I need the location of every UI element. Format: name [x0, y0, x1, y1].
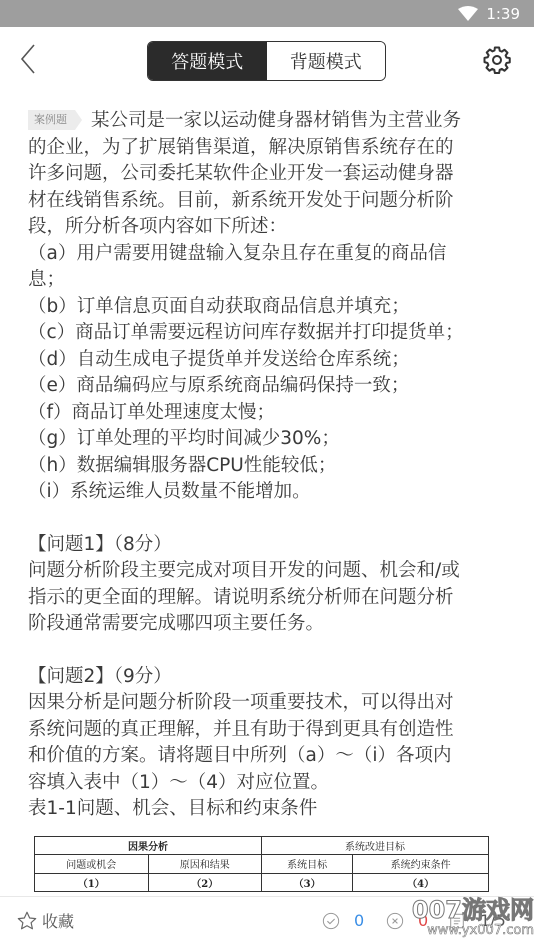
intro-line: 材在线销售系统。目前，新系统开发处于问题分析阶 [28, 188, 508, 215]
question-2-text: 和价值的方案。请将题目中所列（a）～（i）各项内 [28, 743, 508, 770]
question-2-title: 【问题2】（9分） [28, 664, 508, 691]
gear-icon [482, 45, 512, 75]
list-item: （g）订单处理的平均时间减少30%； [28, 426, 508, 453]
table-column-header: 原因和结果 [148, 855, 262, 873]
question-2-text: 容填入表中（1）～（4）对应位置。 [28, 770, 508, 797]
list-item: （h）数据编辑服务器CPU性能较低； [28, 453, 508, 480]
table-cell: （4） [353, 873, 489, 891]
check-circle-icon [322, 912, 340, 930]
intro-line: 的企业，为了扩展销售渠道，解决原销售系统存在的 [28, 135, 508, 162]
question-2-text: 系统问题的真正理解，并且有助于得到更具有创造性 [28, 717, 508, 744]
question-1-title: 【问题1】（8分） [28, 532, 508, 559]
table-column-header: 系统目标 [262, 855, 353, 873]
settings-button[interactable] [482, 45, 512, 75]
list-item: （f）商品订单处理速度太慢； [28, 400, 508, 427]
list-item: （i）系统运维人员数量不能增加。 [28, 479, 508, 506]
question-2-text: 因果分析是问题分析阶段一项重要技术，可以得出对 [28, 690, 508, 717]
list-item: （c）商品订单需要远程访问库存数据并打印提货单； [28, 320, 508, 347]
question-1-text: 指示的更全面的理解。请说明系统分析师在问题分析 [28, 585, 508, 612]
x-circle-icon [386, 912, 404, 930]
tab-answer-mode[interactable]: 答题模式 [148, 42, 267, 80]
intro-line: 段，所分析各项内容如下所述： [28, 214, 508, 241]
table-caption: 表1-1问题、机会、目标和约束条件 [28, 796, 508, 823]
list-item: （d）自动生成电子提货单并发送给仓库系统； [28, 347, 508, 374]
status-bar: 1:39 [0, 0, 534, 27]
status-time: 1:39 [486, 5, 520, 23]
table-group-header: 因果分析 [35, 837, 262, 855]
question-progress-button[interactable]: 1/5 [448, 911, 506, 930]
table-column-header: 系统约束条件 [353, 855, 489, 873]
question-type-badge: 案例题 [28, 110, 75, 130]
question-intro: 案例题某公司是一家以运动健身器材销售为主营业务 [28, 108, 508, 135]
table-group-header: 系统改进目标 [262, 837, 489, 855]
star-icon [16, 910, 38, 932]
wrong-count: 0 [386, 911, 428, 930]
favorite-button[interactable]: 收藏 [16, 909, 74, 932]
bottom-bar: 收藏 0 0 1/5 [0, 896, 534, 949]
tab-review-mode[interactable]: 背题模式 [267, 42, 386, 80]
question-1-text: 问题分析阶段主要完成对项目开发的问题、机会和/或 [28, 558, 508, 585]
table-cell: （2） [148, 873, 262, 891]
back-button[interactable] [14, 41, 44, 77]
list-item: （a）用户需要用键盘输入复杂且存在重复的商品信 [28, 241, 508, 268]
cause-analysis-table: 因果分析 系统改进目标 问题或机会 原因和结果 系统目标 系统约束条件 （1） … [34, 836, 489, 892]
table-column-header: 问题或机会 [35, 855, 149, 873]
list-item: （e）商品编码应与原系统商品编码保持一致； [28, 373, 508, 400]
list-item: （b）订单信息页面自动获取商品信息并填充； [28, 294, 508, 321]
favorite-label: 收藏 [42, 909, 74, 932]
answer-card-icon [448, 912, 466, 930]
intro-line: 许多问题，公司委托某软件企业开发一套运动健身器 [28, 161, 508, 188]
wifi-icon [458, 6, 478, 22]
list-item: 息； [28, 267, 508, 294]
header: 答题模式 背题模式 [0, 27, 534, 93]
correct-count: 0 [322, 911, 364, 930]
mode-toggle: 答题模式 背题模式 [147, 41, 386, 81]
table-cell: （3） [262, 873, 353, 891]
question-1-text: 阶段通常需要完成哪四项主要任务。 [28, 611, 508, 638]
chevron-left-icon [14, 41, 44, 77]
table-cell: （1） [35, 873, 149, 891]
question-content: 案例题某公司是一家以运动健身器材销售为主营业务 的企业，为了扩展销售渠道，解决原… [28, 108, 508, 823]
